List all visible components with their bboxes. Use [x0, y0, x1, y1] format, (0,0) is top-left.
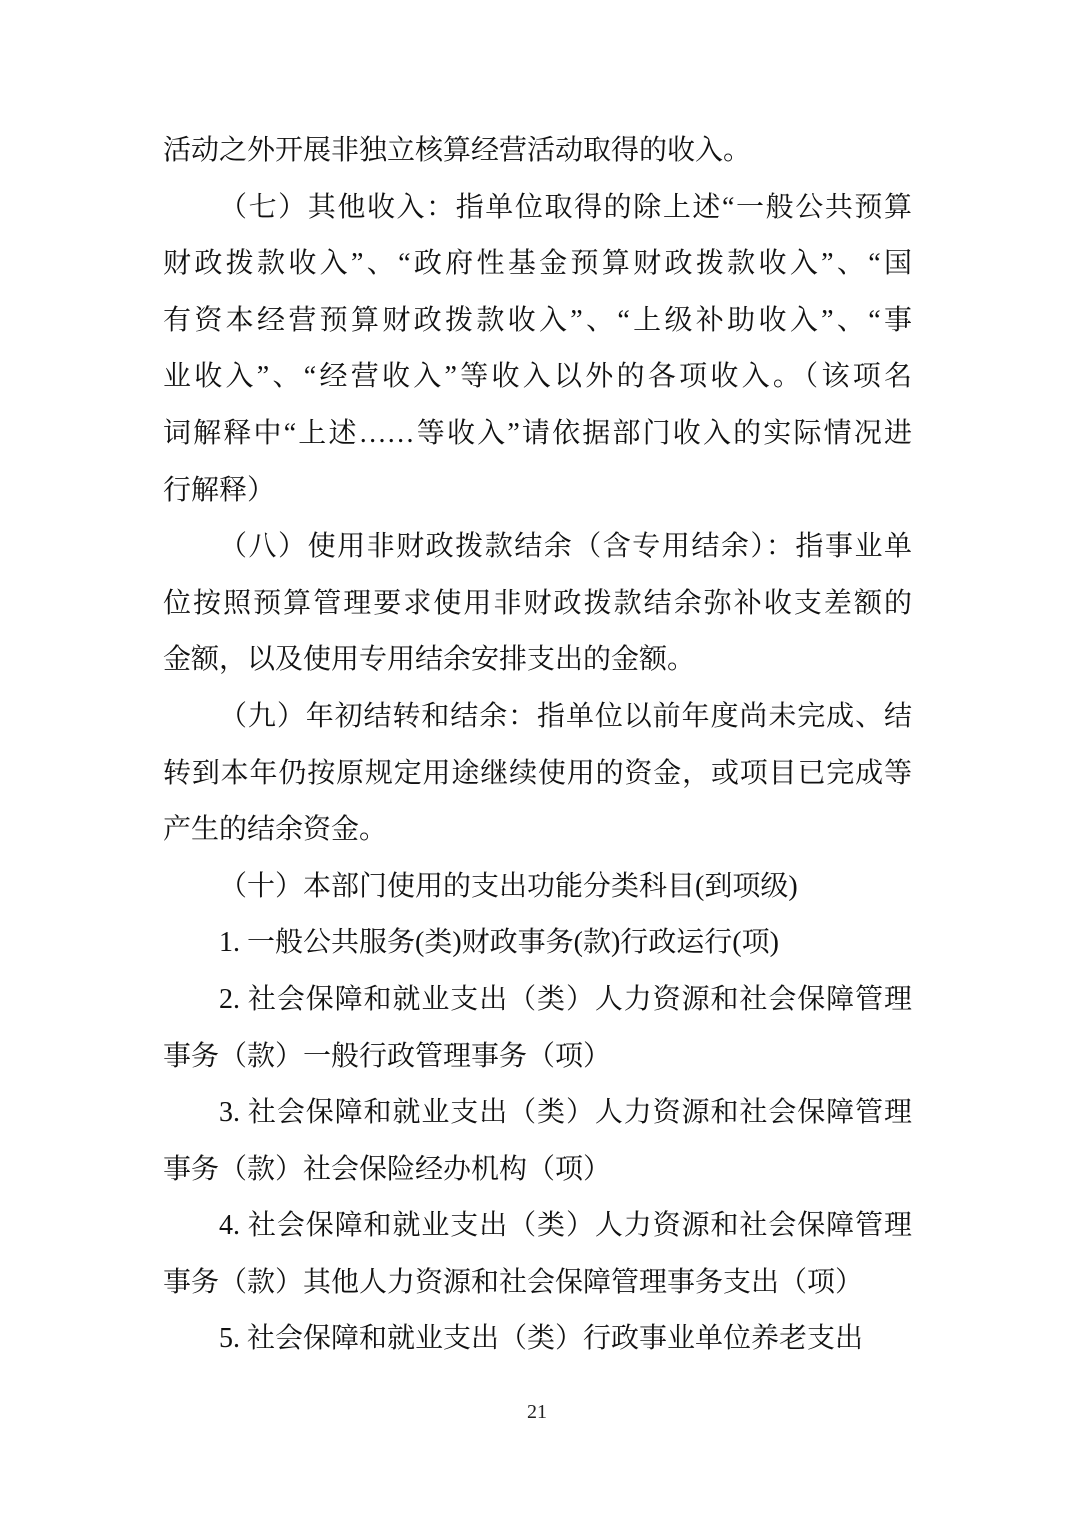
text-line: 2. 社会保障和就业支出（类）人力资源和社会保障管理 — [163, 972, 912, 1029]
text-line: （七）其他收入：指单位取得的除上述“一般公共预算 — [163, 180, 912, 237]
text-line: 行解释） — [163, 463, 912, 520]
text-line: 有资本经营预算财政拨款收入”、“上级补助收入”、“事 — [163, 293, 912, 350]
text-line: 事务（款）社会保险经办机构（项） — [163, 1142, 912, 1199]
text-line: （九）年初结转和结余：指单位以前年度尚未完成、结 — [163, 689, 912, 746]
text-line: 事务（款）一般行政管理事务（项） — [163, 1029, 912, 1086]
text-line: 产生的结余资金。 — [163, 802, 912, 859]
text-line: 词解释中“上述……等收入”请依据部门收入的实际情况进 — [163, 406, 912, 463]
text-line: 位按照预算管理要求使用非财政拨款结余弥补收支差额的 — [163, 576, 912, 633]
text-line: 5. 社会保障和就业支出（类）行政事业单位养老支出 — [163, 1311, 912, 1368]
document-body: 活动之外开展非独立核算经营活动取得的收入。（七）其他收入：指单位取得的除上述“一… — [163, 123, 912, 1368]
text-line: 转到本年仍按原规定用途继续使用的资金，或项目已完成等 — [163, 746, 912, 803]
text-line: 4. 社会保障和就业支出（类）人力资源和社会保障管理 — [163, 1198, 912, 1255]
text-line: 事务（款）其他人力资源和社会保障管理事务支出（项） — [163, 1255, 912, 1312]
text-line: （八）使用非财政拨款结余（含专用结余）：指事业单 — [163, 519, 912, 576]
page-number: 21 — [0, 1398, 1074, 1426]
text-line: 财政拨款收入”、“政府性基金预算财政拨款收入”、“国 — [163, 236, 912, 293]
text-line: 3. 社会保障和就业支出（类）人力资源和社会保障管理 — [163, 1085, 912, 1142]
document-page: 活动之外开展非独立核算经营活动取得的收入。（七）其他收入：指单位取得的除上述“一… — [0, 0, 1074, 1520]
text-line: 业收入”、“经营收入”等收入以外的各项收入。（该项名 — [163, 349, 912, 406]
text-line: 1. 一般公共服务(类)财政事务(款)行政运行(项) — [163, 915, 912, 972]
text-line: （十）本部门使用的支出功能分类科目(到项级) — [163, 859, 912, 916]
text-line: 活动之外开展非独立核算经营活动取得的收入。 — [163, 123, 912, 180]
text-line: 金额，以及使用专用结余安排支出的金额。 — [163, 632, 912, 689]
